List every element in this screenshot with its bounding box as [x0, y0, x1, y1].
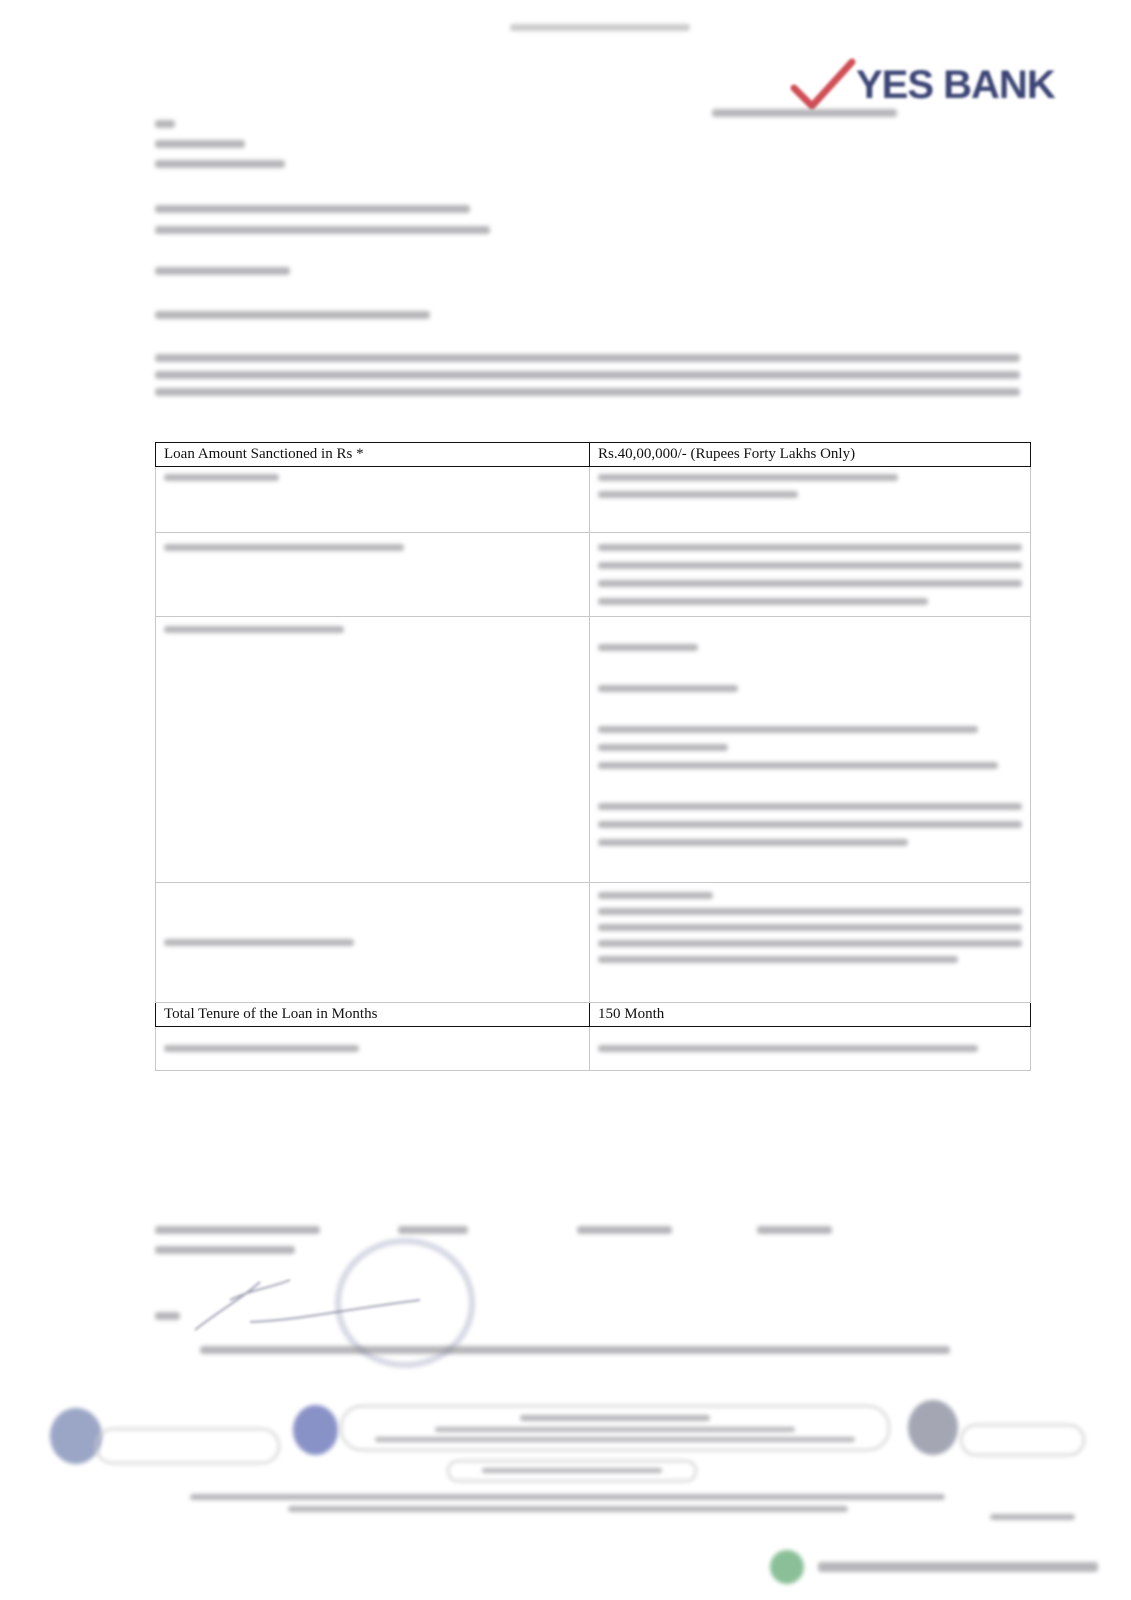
table-row [156, 533, 1031, 617]
table-row [156, 467, 1031, 533]
table-row [156, 617, 1031, 883]
table-row: Loan Amount Sanctioned in Rs * Rs.40,00,… [156, 443, 1031, 467]
table-row: Total Tenure of the Loan in Months 150 M… [156, 1003, 1031, 1027]
salutation [155, 267, 290, 275]
row-value: 150 Month [590, 1003, 1031, 1027]
address-line-2 [155, 226, 490, 234]
contact-banner [340, 1405, 890, 1451]
yes-bank-logo: YES BANK [790, 58, 1055, 113]
table-row [156, 883, 1031, 1003]
right-info-badge [960, 1424, 1085, 1456]
loan-terms-table: Loan Amount Sanctioned in Rs * Rs.40,00,… [155, 442, 1031, 1071]
letter-date [712, 109, 897, 117]
scanner-watermark-text [818, 1562, 1098, 1572]
scanner-watermark [770, 1550, 1098, 1584]
row-label: Total Tenure of the Loan in Months [156, 1003, 590, 1027]
left-seal-icon [50, 1408, 102, 1464]
table-row [156, 1027, 1031, 1071]
form-code [990, 1514, 1075, 1520]
toll-free-badge [447, 1460, 697, 1482]
to-label [155, 120, 175, 128]
addressee-title [155, 140, 245, 148]
addressee-name [155, 160, 285, 168]
registered-office-text [190, 1494, 945, 1512]
document-title [510, 24, 690, 34]
scanner-app-icon [770, 1550, 804, 1584]
bank-name: YES BANK [856, 63, 1055, 108]
intro-paragraph [155, 354, 1020, 405]
right-seal-icon [908, 1400, 958, 1455]
row-value: Rs.40,00,000/- (Rupees Forty Lakhs Only) [590, 443, 1031, 467]
reference-line [155, 311, 430, 319]
address-line-1 [155, 205, 470, 213]
signature-scribble [190, 1270, 450, 1345]
footer-office-address [200, 1346, 950, 1354]
red-tick-icon [790, 58, 860, 113]
left-info-badge [95, 1428, 280, 1464]
phone-icon [293, 1405, 338, 1455]
row-label: Loan Amount Sanctioned in Rs * [156, 443, 590, 467]
